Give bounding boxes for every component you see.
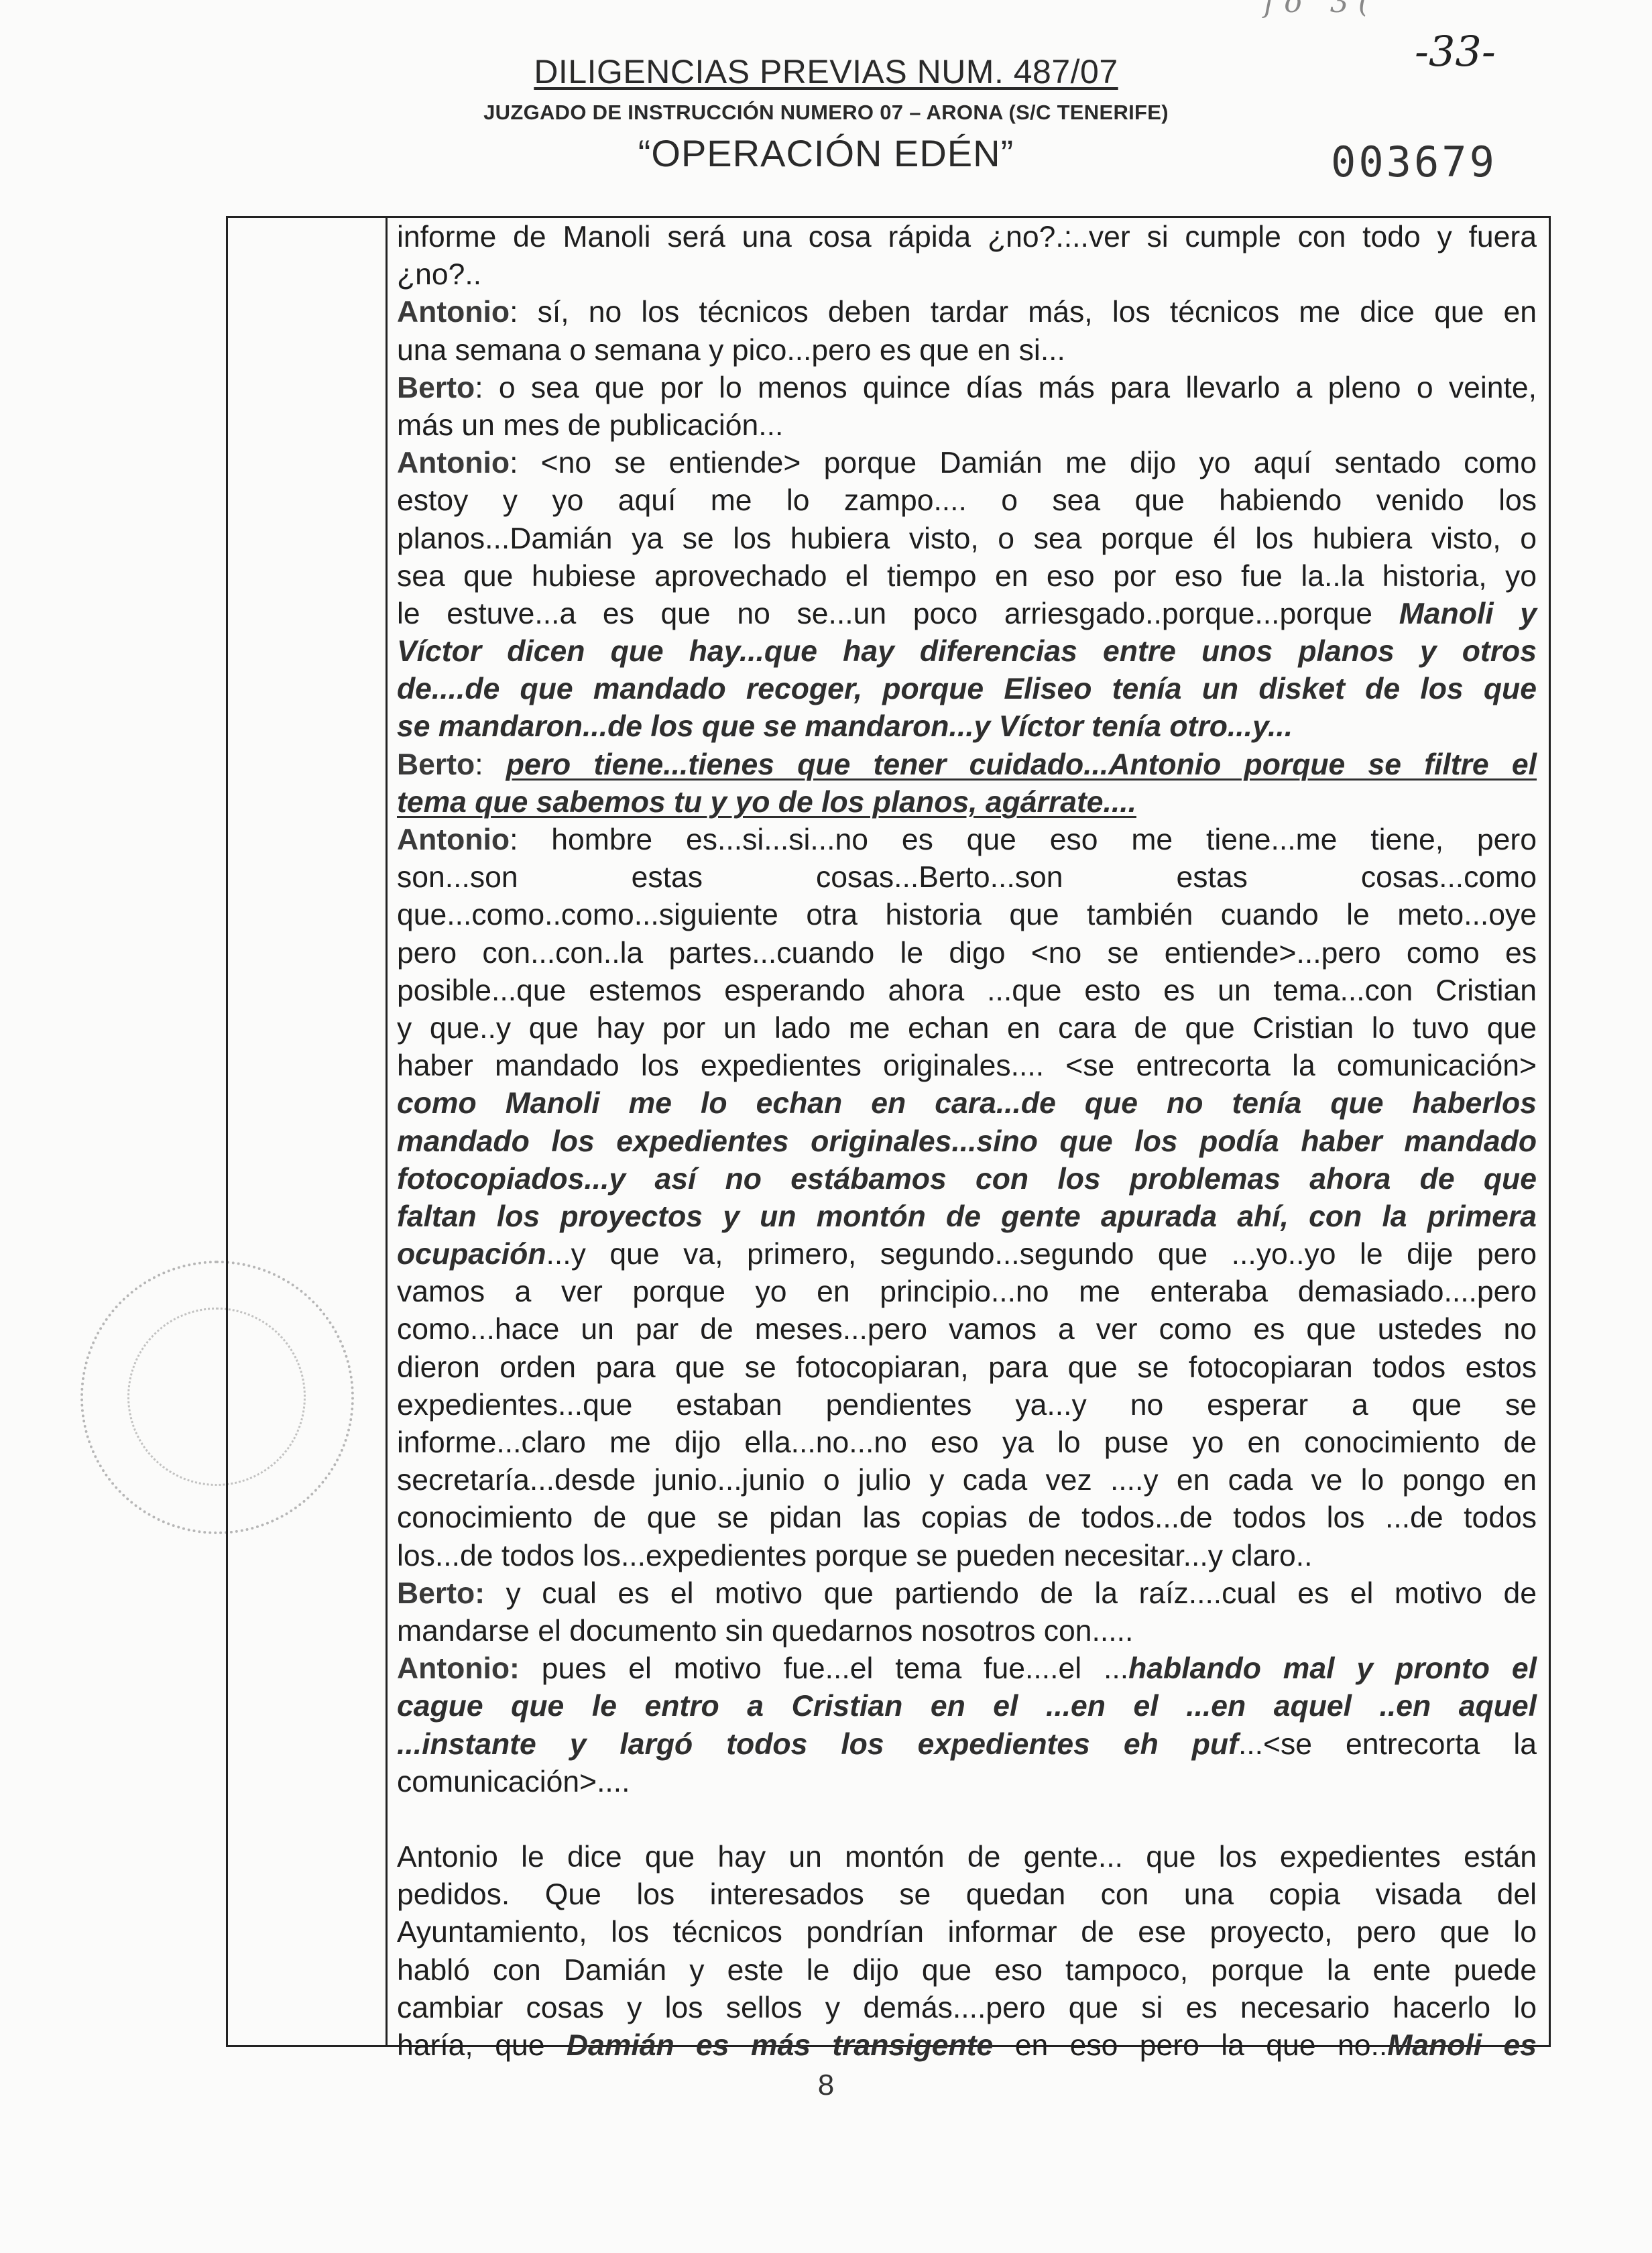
transcript-text: dieron orden para que se fotocopiaran, p…	[397, 1351, 1537, 1384]
transcript-line: haber mandado los expedientes originales…	[397, 1047, 1537, 1085]
transcript-text: una semana o semana y pico...pero es que…	[397, 334, 1065, 367]
transcript-text: informe...claro me dijo ella...no...no e…	[397, 1426, 1537, 1459]
transcript-line: tema que sabemos tu y yo de los planos, …	[397, 784, 1537, 821]
emphasized-text: cague que le entro a Cristian en el ...e…	[397, 1690, 1537, 1723]
transcript-line: Berto: pero tiene...tienes que tener cui…	[397, 746, 1537, 784]
transcript-line: Antonio: pues el motivo fue...el tema fu…	[397, 1650, 1537, 1688]
transcript-text: expedientes...que estaban pendientes ya.…	[397, 1389, 1537, 1422]
transcript-text: en eso pero la que no..	[993, 2029, 1387, 2062]
transcript-line: Berto: y cual es el motivo que partiendo…	[397, 1575, 1537, 1613]
handwritten-annotation-top: fo 3(	[1264, 0, 1379, 19]
speaker-label: Antonio	[397, 296, 510, 329]
underlined-emphasized-text: tema que sabemos tu y yo de los planos, …	[397, 786, 1136, 819]
page-number: 8	[0, 2069, 1652, 2102]
transcript-line: ocupación...y que va, primero, segundo..…	[397, 1236, 1537, 1273]
transcript-text: posible...que estemos esperando ahora ..…	[397, 974, 1537, 1007]
transcript-text: comunicación>....	[397, 1766, 630, 1798]
transcript-line: haría, que Damián es más transigente en …	[397, 2027, 1537, 2065]
transcript-line: mandado los expedientes originales...sin…	[397, 1123, 1537, 1161]
emphasized-text: faltan los proyectos y un montón de gent…	[397, 1200, 1537, 1233]
transcript-text: y cual es el motivo que partiendo de la …	[485, 1577, 1537, 1610]
transcript-text: planos...Damián ya se los hubiera visto,…	[397, 522, 1537, 555]
transcript-text: haría, que	[397, 2029, 567, 2062]
document-title: DILIGENCIAS PREVIAS NUM. 487/07	[0, 52, 1652, 91]
transcript-text: son...son estas cosas...Berto...son esta…	[397, 861, 1537, 894]
transcript-text: haber mandado los expedientes originales…	[397, 1049, 1537, 1082]
transcript-text: : <no se entiende> porque Damián me dijo…	[510, 447, 1537, 479]
speaker-label: Antonio	[397, 823, 510, 856]
transcript-text: Antonio le dice que hay un montón de gen…	[397, 1841, 1537, 1873]
transcript-text: conocimiento de que se pidan las copias …	[397, 1501, 1537, 1534]
transcript-line: mandarse el documento sin quedarnos noso…	[397, 1613, 1537, 1650]
transcript-line: dieron orden para que se fotocopiaran, p…	[397, 1349, 1537, 1387]
transcript-line: pedidos. Que los interesados se quedan c…	[397, 1876, 1537, 1914]
speaker-label: Berto:	[397, 1577, 485, 1610]
transcript-line: ¿no?..	[397, 256, 1537, 294]
transcript-text: :	[475, 748, 506, 781]
speaker-label: Antonio:	[397, 1652, 520, 1685]
transcript-text: informe de Manoli será una cosa rápida ¿…	[397, 221, 1537, 253]
emphasized-text: Manoli es	[1387, 2029, 1537, 2062]
transcript-line: Berto: o sea que por lo menos quince día…	[397, 369, 1537, 407]
emphasized-text: de....de que mandado recoger, porque Eli…	[397, 673, 1537, 705]
transcript-text: pero con...con..la partes...cuando le di…	[397, 937, 1537, 970]
speaker-label: Berto	[397, 371, 475, 404]
transcript-line: Antonio le dice que hay un montón de gen…	[397, 1839, 1537, 1876]
table-column-divider	[386, 216, 388, 2047]
transcript-text: estoy y yo aquí me lo zampo.... o sea qu…	[397, 484, 1537, 517]
transcript-line: los...de todos los...expedientes porque …	[397, 1538, 1537, 1575]
transcript-line	[397, 1801, 1537, 1839]
transcript-line: ...instante y largó todos los expediente…	[397, 1726, 1537, 1764]
emphasized-text: ...instante y largó todos los expediente…	[397, 1728, 1238, 1761]
transcript-text: le estuve...a es que no se...un poco arr…	[397, 597, 1399, 630]
emphasized-text: Víctor dicen que hay...que hay diferenci…	[397, 635, 1537, 668]
transcript-line: faltan los proyectos y un montón de gent…	[397, 1198, 1537, 1236]
transcript-text: cambiar cosas y los sellos y demás....pe…	[397, 1991, 1537, 2024]
transcript-text: ...y que va, primero, segundo...segundo …	[546, 1238, 1537, 1271]
transcript-text: los...de todos los...expedientes porque …	[397, 1540, 1313, 1572]
transcript-line: informe de Manoli será una cosa rápida ¿…	[397, 219, 1537, 256]
transcript-text: que...como..como...siguiente otra histor…	[397, 899, 1537, 931]
transcript-line: le estuve...a es que no se...un poco arr…	[397, 595, 1537, 633]
transcript-line: Antonio: <no se entiende> porque Damián …	[397, 445, 1537, 482]
transcript-line: informe...claro me dijo ella...no...no e…	[397, 1424, 1537, 1462]
transcript-text: más un mes de publicación...	[397, 409, 783, 442]
transcript-line: son...son estas cosas...Berto...son esta…	[397, 859, 1537, 897]
transcript-line: pero con...con..la partes...cuando le di…	[397, 935, 1537, 972]
transcript-line: comunicación>....	[397, 1764, 1537, 1801]
speaker-label: Berto	[397, 748, 475, 781]
emphasized-text: Damián es más transigente	[567, 2029, 993, 2062]
emphasized-text: Manoli y	[1399, 597, 1537, 630]
transcript-line: como Manoli me lo echan en cara...de que…	[397, 1085, 1537, 1122]
transcript-line: cambiar cosas y los sellos y demás....pe…	[397, 1989, 1537, 2027]
transcript-text: : hombre es...si...si...no es que eso me…	[510, 823, 1537, 856]
transcript-line: vamos a ver porque yo en principio...no …	[397, 1273, 1537, 1311]
transcript-line: de....de que mandado recoger, porque Eli…	[397, 671, 1537, 708]
transcript-text: : sí, no los técnicos deben tardar más, …	[510, 296, 1537, 329]
transcript-text: y que..y que hay por un lado me echan en…	[397, 1012, 1537, 1045]
transcript-text: como...hace un par de meses...pero vamos…	[397, 1313, 1537, 1346]
emphasized-text: fotocopiados...y así no estábamos con lo…	[397, 1163, 1537, 1196]
transcript-line: Antonio: sí, no los técnicos deben tarda…	[397, 294, 1537, 331]
transcript-line: más un mes de publicación...	[397, 407, 1537, 445]
underlined-emphasized-text: pero tiene...tienes que tener cuidado...…	[506, 748, 1537, 781]
stamped-page-number: 003679	[1331, 137, 1497, 186]
transcript-text: : o sea que por lo menos quince días más…	[475, 371, 1537, 404]
emphasized-text: ocupación	[397, 1238, 546, 1271]
transcript-line: que...como..como...siguiente otra histor…	[397, 897, 1537, 934]
transcript-line: planos...Damián ya se los hubiera visto,…	[397, 520, 1537, 558]
transcript-text: pues el motivo fue...el tema fue....el .…	[520, 1652, 1128, 1685]
emphasized-text: hablando mal y pronto el	[1128, 1652, 1537, 1685]
court-subtitle: JUZGADO DE INSTRUCCIÓN NUMERO 07 – ARONA…	[0, 101, 1652, 125]
transcript-text: mandarse el documento sin quedarnos noso…	[397, 1615, 1133, 1648]
transcript-line: Antonio: hombre es...si...si...no es que…	[397, 821, 1537, 859]
emphasized-text: mandado los expedientes originales...sin…	[397, 1125, 1537, 1158]
transcript-line: habló con Damián y este le dijo que eso …	[397, 1952, 1537, 1989]
transcript-line: conocimiento de que se pidan las copias …	[397, 1499, 1537, 1537]
speaker-label: Antonio	[397, 447, 510, 479]
transcript-line: una semana o semana y pico...pero es que…	[397, 332, 1537, 369]
transcript-text: pedidos. Que los interesados se quedan c…	[397, 1878, 1537, 1911]
transcript-line: Víctor dicen que hay...que hay diferenci…	[397, 633, 1537, 671]
transcript-line: se mandaron...de los que se mandaron...y…	[397, 708, 1537, 746]
transcript-text: vamos a ver porque yo en principio...no …	[397, 1275, 1537, 1308]
transcript-line: y que..y que hay por un lado me echan en…	[397, 1010, 1537, 1047]
transcript-line: estoy y yo aquí me lo zampo.... o sea qu…	[397, 482, 1537, 520]
transcript-text: ¿no?..	[397, 258, 481, 291]
transcript-line: cague que le entro a Cristian en el ...e…	[397, 1688, 1537, 1725]
transcript-line: posible...que estemos esperando ahora ..…	[397, 972, 1537, 1010]
transcript-text: habló con Damián y este le dijo que eso …	[397, 1954, 1537, 1987]
transcript-line: expedientes...que estaban pendientes ya.…	[397, 1387, 1537, 1424]
document-title-text: DILIGENCIAS PREVIAS NUM. 487/07	[534, 53, 1118, 91]
transcript-line: como...hace un par de meses...pero vamos…	[397, 1311, 1537, 1348]
transcript-text: ...<se entrecorta la	[1238, 1728, 1537, 1761]
transcript-text: Ayuntamiento, los técnicos pondrían info…	[397, 1916, 1537, 1949]
transcript-line: secretaría...desde junio...junio o julio…	[397, 1462, 1537, 1499]
transcript-text: sea que hubiese aprovechado el tiempo en…	[397, 560, 1537, 593]
transcript-line: Ayuntamiento, los técnicos pondrían info…	[397, 1914, 1537, 1951]
transcript-line: sea que hubiese aprovechado el tiempo en…	[397, 558, 1537, 595]
transcript-body: informe de Manoli será una cosa rápida ¿…	[397, 219, 1537, 2065]
emphasized-text: se mandaron...de los que se mandaron...y…	[397, 710, 1293, 743]
transcript-text: secretaría...desde junio...junio o julio…	[397, 1464, 1537, 1497]
transcript-line: fotocopiados...y así no estábamos con lo…	[397, 1161, 1537, 1198]
emphasized-text: como Manoli me lo echan en cara...de que…	[397, 1087, 1537, 1120]
